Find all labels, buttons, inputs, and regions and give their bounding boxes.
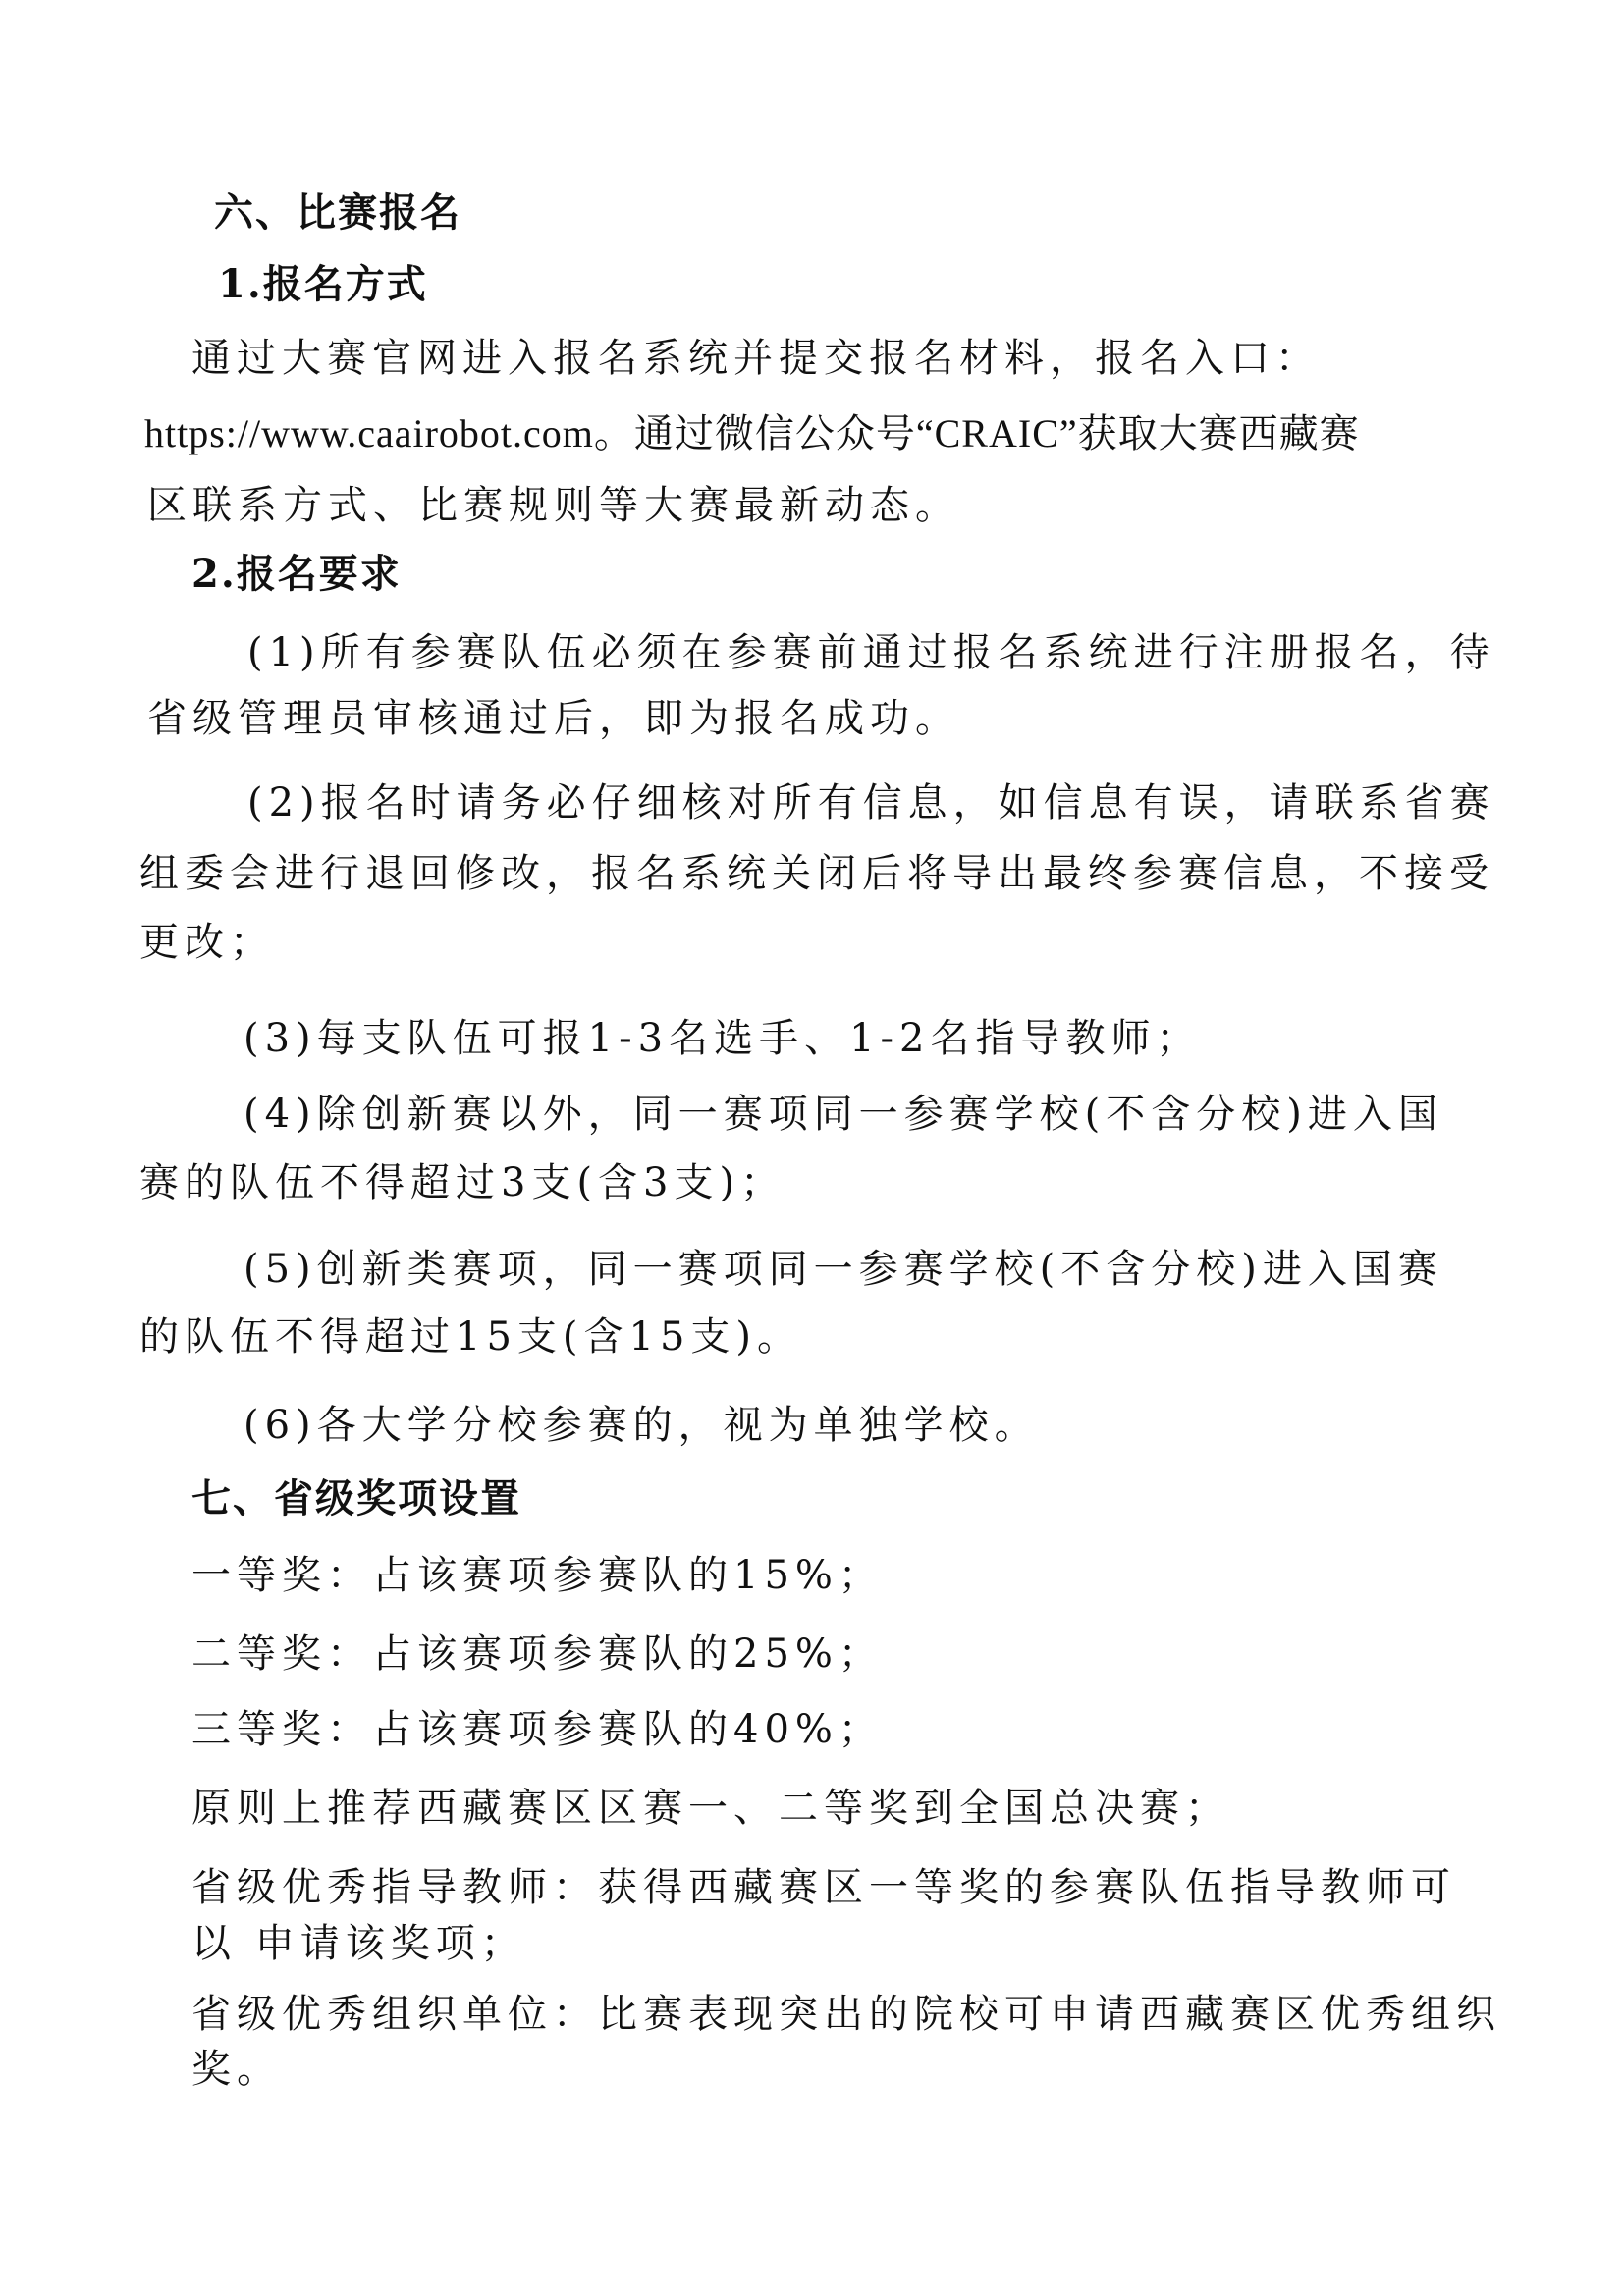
teacher-award-line1: 省级优秀指导教师：获得西藏赛区一等奖的参赛队伍指导教师可 [191, 1868, 1456, 1907]
requirement-6-line1: (6)各大学分校参赛的，视为单独学校。 [244, 1406, 1040, 1445]
subsection-1-heading: 1.报名方式 [218, 265, 428, 304]
requirement-5-line1: (5)创新类赛项，同一赛项同一参赛学校(不含分校)进入国赛 [244, 1250, 1443, 1289]
registration-method-text: 通过大赛官网进入报名系统并提交报名材料，报名入口： [191, 339, 1321, 378]
award-recommendation: 原则上推荐西藏赛区区赛一、二等奖到全国总决赛； [191, 1789, 1230, 1828]
org-award-line2: 奖。 [191, 2050, 282, 2089]
registration-url-text: https://www.caairobot.com。通过微信公众号“CRAIC”… [144, 414, 1360, 454]
section-6-heading: 六、比赛报名 [214, 193, 461, 233]
subsection-2-heading: 2.报名要求 [191, 555, 402, 594]
section-7-heading: 七、省级奖项设置 [191, 1479, 521, 1519]
award-third-prize: 三等奖：占该赛项参赛队的40%； [191, 1710, 884, 1749]
requirement-4-line1: (4)除创新赛以外，同一赛项同一参赛学校(不含分校)进入国 [244, 1095, 1443, 1134]
requirement-5-line2: 的队伍不得超过15支(含15支)。 [139, 1317, 802, 1357]
requirement-3-line1: (3)每支队伍可报1-3名选手、1-2名指导教师； [244, 1019, 1202, 1058]
org-award-line1: 省级优秀组织单位：比赛表现突出的院校可申请西藏赛区优秀组织 [191, 1995, 1501, 2034]
requirement-2-line2: 组委会进行退回修改，报名系统关闭后将导出最终参赛信息，不接受 [139, 854, 1494, 893]
award-second-prize: 二等奖：占该赛项参赛队的25%； [191, 1634, 884, 1674]
registration-method-text-cont: 区联系方式、比赛规则等大赛最新动态。 [147, 486, 960, 525]
award-first-prize: 一等奖：占该赛项参赛队的15%； [191, 1556, 884, 1595]
requirement-4-line2: 赛的队伍不得超过3支(含3支)； [139, 1163, 785, 1202]
requirement-2-line1: (2)报名时请务必仔细核对所有信息，如信息有误，请联系省赛 [247, 783, 1495, 823]
teacher-award-line2: 以 申请该奖项； [191, 1924, 526, 1963]
requirement-1-line2: 省级管理员审核通过后，即为报名成功。 [147, 699, 960, 738]
requirement-2-line3: 更改； [139, 923, 275, 962]
requirement-1-line1: (1)所有参赛队伍必须在参赛前通过报名系统进行注册报名，待 [247, 633, 1495, 672]
